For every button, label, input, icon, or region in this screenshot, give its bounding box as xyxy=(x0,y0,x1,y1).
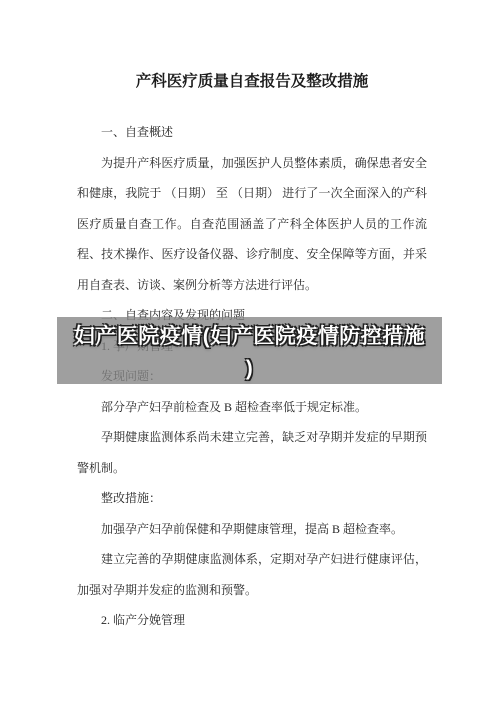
section-heading-overview: 一、自查概述 xyxy=(77,117,427,148)
paragraph-measure-monitoring-system: 建立完善的孕期健康监测体系，定期对孕产妇进行健康评估，加强对孕期并发症的监测和预… xyxy=(77,544,427,605)
document-page: 产科医疗质量自查报告及整改措施 一、自查概述 为提升产科医疗质量，加强医护人员整… xyxy=(0,0,500,706)
video-title-overlay: 妇产医院疫情(妇产医院疫情防控措施 ) xyxy=(57,317,442,384)
paragraph-overview: 为提升产科医疗质量，加强医护人员整体素质，确保患者安全和健康，我院于 （日期） … xyxy=(77,148,427,301)
paragraph-problem-checkrate: 部分孕产妇孕前检查及 B 超检查率低于规定标准。 xyxy=(77,392,427,423)
paragraph-measure-healthcare: 加强孕产妇孕前保健和孕期健康管理，提高 B 超检查率。 xyxy=(77,514,427,545)
label-rectification-measures: 整改措施： xyxy=(77,483,427,514)
document-title: 产科医疗质量自查报告及整改措施 xyxy=(77,66,427,97)
list-item-delivery-management: 2. 临产分娩管理 xyxy=(77,605,427,636)
overlay-title-line2: ) xyxy=(57,353,442,385)
overlay-title-line1: 妇产医院疫情(妇产医院疫情防控措施 xyxy=(57,321,442,353)
paragraph-problem-monitoring: 孕期健康监测体系尚未建立完善，缺乏对孕期并发症的早期预警机制。 xyxy=(77,422,427,483)
